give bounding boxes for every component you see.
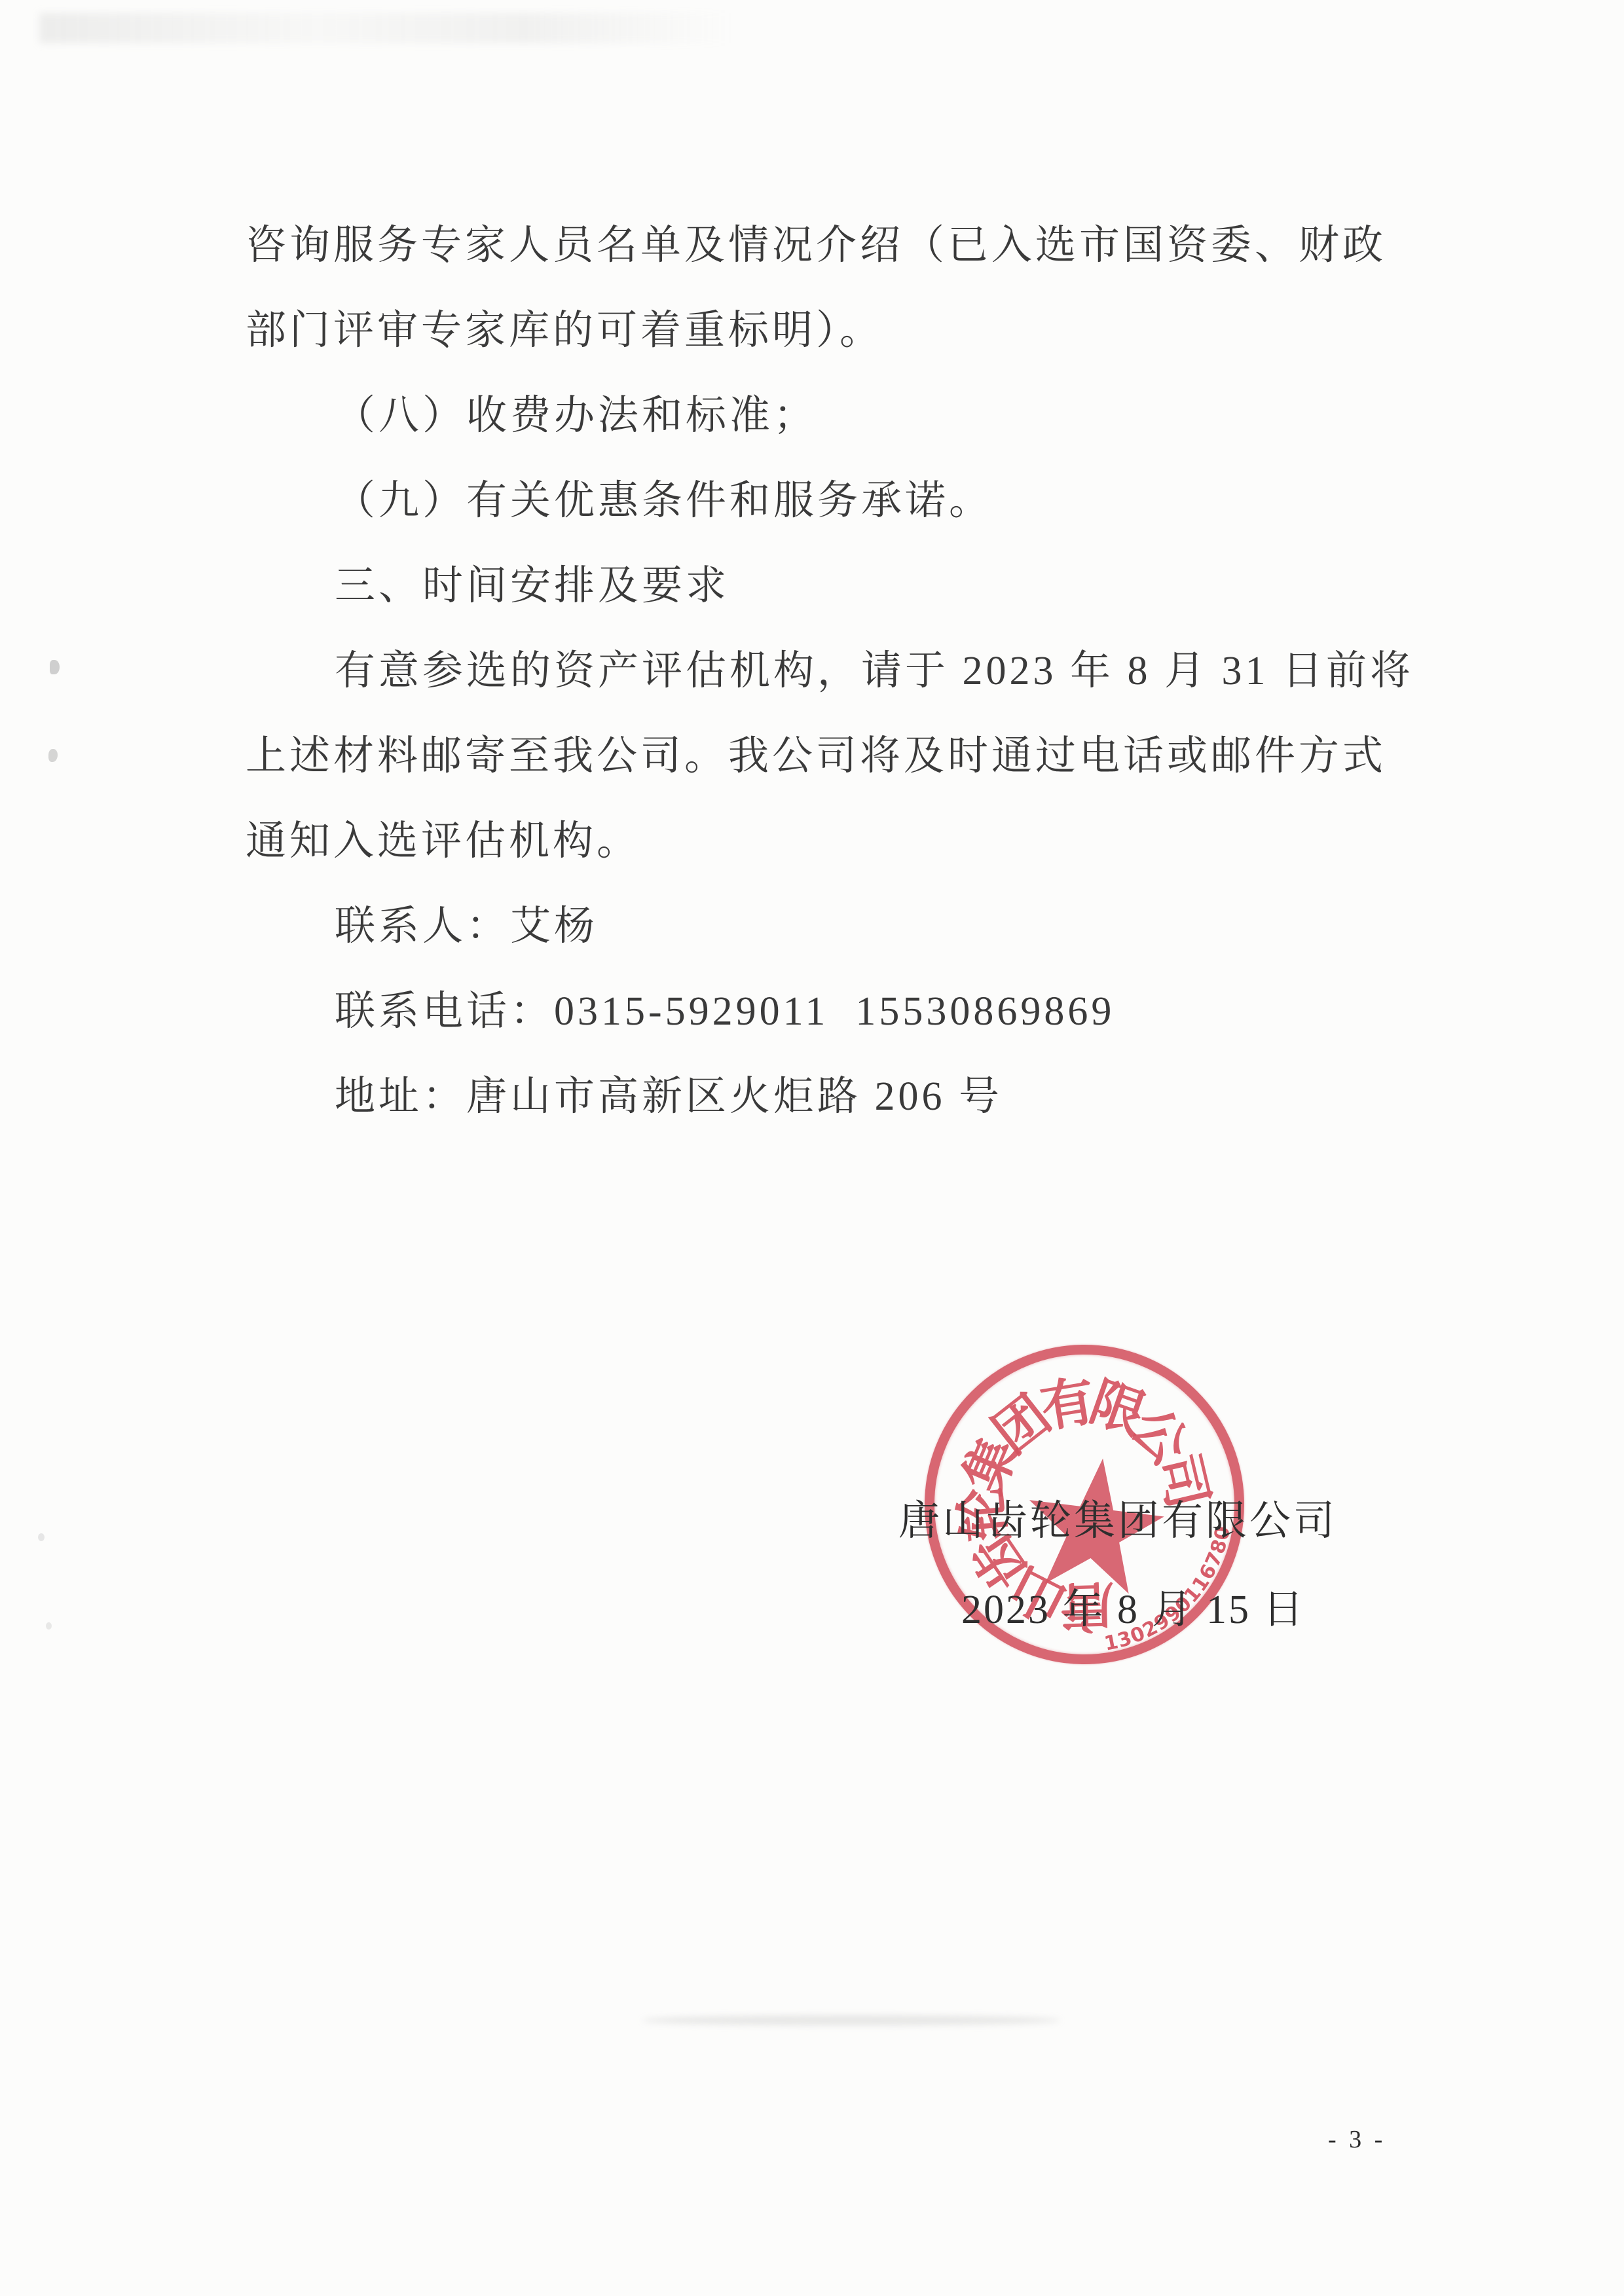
scan-artifact	[46, 1622, 52, 1630]
body-line: 上述材料邮寄至我公司。我公司将及时通过电话或邮件方式	[246, 714, 1418, 799]
body-line: 部门评审专家库的可着重标明）。	[246, 288, 1418, 373]
signature-company: 唐山齿轮集团有限公司	[898, 1487, 1337, 1547]
scan-artifact	[48, 749, 58, 762]
body-line: 有意参选的资产评估机构，请于 2023 年 8 月 31 日前将	[246, 629, 1418, 714]
scan-artifact	[642, 2015, 1061, 2026]
body-line: （九）有关优惠条件和服务承诺。	[246, 458, 1418, 543]
scan-artifact	[50, 660, 60, 674]
contact-phone-line: 联系电话：0315-5929011 15530869869	[246, 969, 1418, 1054]
body-line: 通知入选评估机构。	[246, 799, 1418, 884]
body-line: （八）收费办法和标准；	[246, 373, 1418, 458]
page-number: - 3 -	[1328, 2125, 1386, 2154]
document-body: 咨询服务专家人员名单及情况介绍（已入选市国资委、财政 部门评审专家库的可着重标明…	[246, 203, 1418, 1139]
section-heading: 三、时间安排及要求	[246, 543, 1418, 629]
document-page: 咨询服务专家人员名单及情况介绍（已入选市国资委、财政 部门评审专家库的可着重标明…	[0, 0, 1624, 2296]
signature-date: 2023 年 8 月 15 日	[961, 1576, 1306, 1635]
scan-artifact	[39, 13, 733, 43]
scan-artifact	[38, 1533, 45, 1541]
address-line: 地址：唐山市高新区火炬路 206 号	[246, 1054, 1418, 1139]
contact-person-line: 联系人：艾杨	[246, 884, 1418, 969]
body-line: 咨询服务专家人员名单及情况介绍（已入选市国资委、财政	[246, 203, 1418, 288]
